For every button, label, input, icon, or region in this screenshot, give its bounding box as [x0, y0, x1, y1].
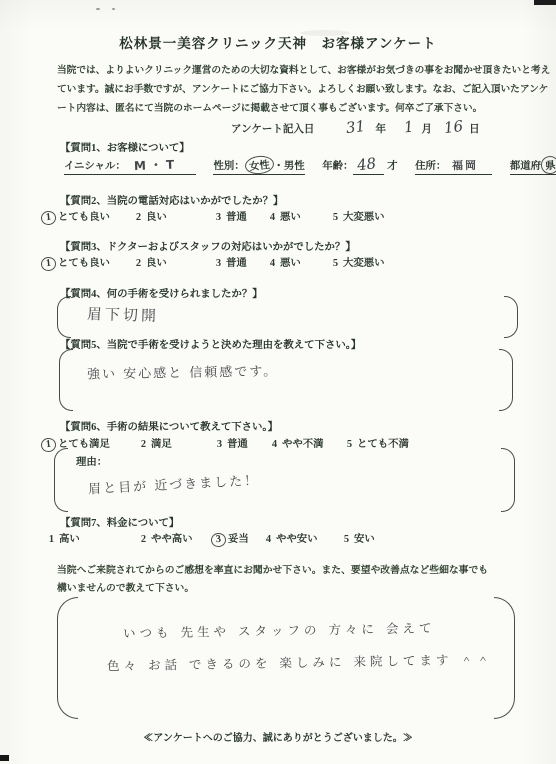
option-number: 1	[48, 534, 55, 545]
address-field: 住所：福岡	[415, 161, 492, 172]
bracket-right	[501, 448, 515, 512]
option: 5大変悪い	[332, 208, 385, 225]
option: 5安い	[343, 530, 375, 547]
option: 4悪い	[269, 208, 332, 225]
q6-handwritten-reason: 眉と目が 近づきました！	[88, 470, 260, 498]
q3-header: 【質問3、ドクターおよびスタッフの対応はいかがでしたか？】	[60, 238, 356, 253]
option-label: 妥当	[228, 534, 249, 545]
q7-options-row: 1高い 2やや高い 3妥当 4やや安い 5安い	[48, 530, 375, 547]
age-field: 年齢：48 才	[322, 161, 397, 172]
q6-reason-area: 理由： 眉と目が 近づきました！	[54, 448, 515, 512]
q5-answer-area: 強い 安心感と 信頼感です。	[59, 349, 513, 411]
scan-speck	[112, 8, 115, 10]
option: 4やや安い	[265, 530, 343, 547]
q1-fields-row: イニシャル：M・T 性別：女性・男性 年齢：48 才 住所：福岡 都道府県	[64, 155, 556, 174]
q5-handwritten-answer: 強い 安心感と 信頼感です。	[87, 360, 279, 382]
option-label: 悪い	[280, 258, 301, 269]
scan-artifact-bottom-left	[0, 755, 9, 761]
q2-header: 【質問2、当院の電話対応はいかがでしたか？】	[60, 192, 283, 207]
handwritten-day: 16	[443, 117, 464, 137]
q3-options-row: 1とても良い 2良い 3普通 4悪い 5大変悪い	[48, 254, 385, 271]
form-title: 松林景一美容クリニック天神 お客様アンケート	[0, 32, 556, 52]
option-label: やや高い	[151, 534, 193, 545]
intro-line: ています。誠にお手数ですが、アンケートにご協力下さい。よろしくお願い致します。な…	[57, 80, 509, 99]
initial-field: イニシャル：M・T	[64, 161, 196, 175]
gender-field: 性別：女性・男性	[213, 161, 304, 175]
prefecture-prefix: 都道府	[510, 161, 541, 172]
option-number: 2	[135, 212, 142, 223]
gender-option-male: 男性	[284, 161, 305, 172]
scan-speck	[96, 8, 100, 10]
option-label: 普通	[226, 212, 247, 223]
gender-separator: ・	[273, 161, 283, 172]
option-label: 普通	[226, 258, 247, 269]
bracket-right	[494, 597, 515, 719]
option: 2良い	[135, 254, 215, 271]
intro-line: 当院では、よりよいクリニック運営のための大切な資料として、お客様がお気づきの事を…	[57, 61, 509, 80]
q2-options-row: 1とても良い 2良い 3普通 4悪い 5大変悪い	[48, 208, 385, 225]
age-label: 年齢：	[322, 161, 353, 172]
option-number: 5	[343, 534, 350, 545]
intro-line: ート内容は、匿名にて当院のホームページに掲載させて頂く事もございます。何卒ご了承…	[57, 99, 509, 118]
q4-handwritten-answer: 眉下切開	[87, 303, 160, 326]
option: 3妥当	[218, 530, 265, 547]
option-label: 悪い	[280, 212, 301, 223]
option: 2良い	[135, 208, 215, 225]
comments-handwritten-line: 色々 お話 できるのを 楽しみに 来院してます ＾＾	[107, 650, 494, 675]
day-unit: 日	[469, 124, 480, 135]
gender-option-female: 女性	[244, 155, 275, 176]
handwritten-initial: M・T	[125, 155, 196, 174]
option-label: 大変悪い	[343, 212, 385, 223]
handwritten-address: 福岡	[446, 157, 492, 174]
intro-paragraph: 当院では、よりよいクリニック運営のための大切な資料として、お客様がお気づきの事を…	[57, 61, 509, 118]
option-number: 3	[215, 212, 222, 223]
option-number: 4	[265, 534, 272, 545]
address-label: 住所：	[415, 161, 446, 172]
option: 5大変悪い	[332, 254, 385, 271]
option-number: 4	[269, 212, 276, 223]
option: 2やや高い	[140, 530, 218, 547]
handwritten-year: 31	[345, 117, 366, 137]
option-number: 2	[135, 258, 142, 269]
prefecture-field: 都道府県	[510, 161, 556, 175]
option-number: 3	[215, 258, 222, 269]
option-label: とても良い	[58, 212, 110, 223]
comments-prompt: 当院へご来院されてからのご感想を率直にお聞かせ下さい。また、要望や改善点など些細…	[57, 562, 512, 598]
option-label: 高い	[59, 534, 80, 545]
q6-header: 【質問6、手術の結果について教えて下さい。】	[60, 418, 278, 433]
option-number: 4	[269, 258, 276, 269]
option: 4悪い	[269, 254, 332, 271]
option: 3普通	[215, 254, 269, 271]
option: 1高い	[48, 530, 140, 547]
option: 1とても良い	[48, 208, 135, 225]
bracket-left	[57, 296, 71, 338]
q1-header: 【質問1、お客様について】	[60, 139, 190, 154]
option-number: 5	[332, 212, 339, 223]
q4-answer-area: 眉下切開	[57, 296, 518, 338]
age-unit: 才	[387, 161, 397, 172]
option-label: 良い	[146, 258, 167, 269]
bracket-right	[504, 296, 518, 338]
scan-artifact-top-right	[534, 0, 556, 5]
comments-prompt-line: 構いませんので教えて下さい。	[57, 580, 512, 598]
bracket-left	[54, 448, 68, 512]
option-label: 大変悪い	[343, 258, 385, 269]
option: 3普通	[215, 208, 269, 225]
option: 1とても良い	[48, 254, 135, 271]
prefecture-circled: 県	[540, 155, 556, 175]
option-number: 1	[40, 210, 56, 225]
option-number: 1	[40, 256, 56, 271]
bracket-left	[59, 349, 73, 411]
month-unit: 月	[422, 124, 433, 135]
handwritten-age: 48	[352, 153, 385, 175]
thank-you-footer: ≪アンケートへのご協力、誠にありがとうございました。≫	[0, 729, 556, 744]
gender-label: 性別：	[213, 161, 244, 172]
option-number: 3	[210, 532, 226, 547]
scanned-survey-form: 松林景一美容クリニック天神 お客様アンケート 当院では、よりよいクリニック運営の…	[0, 0, 556, 764]
initial-label: イニシャル：	[64, 161, 126, 172]
option-label: 安い	[354, 534, 375, 545]
option-number: 5	[332, 258, 339, 269]
year-unit: 年	[375, 124, 386, 135]
option-label: 良い	[146, 212, 167, 223]
date-label: アンケート記入日	[231, 124, 314, 135]
comments-handwritten-line: いつも 先生や スタッフの 方々に 会えて	[123, 618, 436, 641]
option-number: 2	[140, 534, 147, 545]
bracket-right	[499, 349, 513, 411]
handwritten-month: 1	[403, 117, 415, 136]
option-label: やや安い	[276, 534, 318, 545]
bracket-left	[57, 597, 78, 719]
comments-prompt-line: 当院へご来院されてからのご感想を率直にお聞かせ下さい。また、要望や改善点など些細…	[57, 562, 512, 580]
comments-answer-area: いつも 先生や スタッフの 方々に 会えて 色々 お話 できるのを 楽しみに 来…	[57, 597, 515, 719]
option-label: とても良い	[58, 258, 110, 269]
survey-date-line: アンケート記入日31年1月16日	[231, 118, 482, 136]
reason-label: 理由：	[76, 453, 107, 468]
q7-header: 【質問7、料金について】	[60, 514, 179, 529]
